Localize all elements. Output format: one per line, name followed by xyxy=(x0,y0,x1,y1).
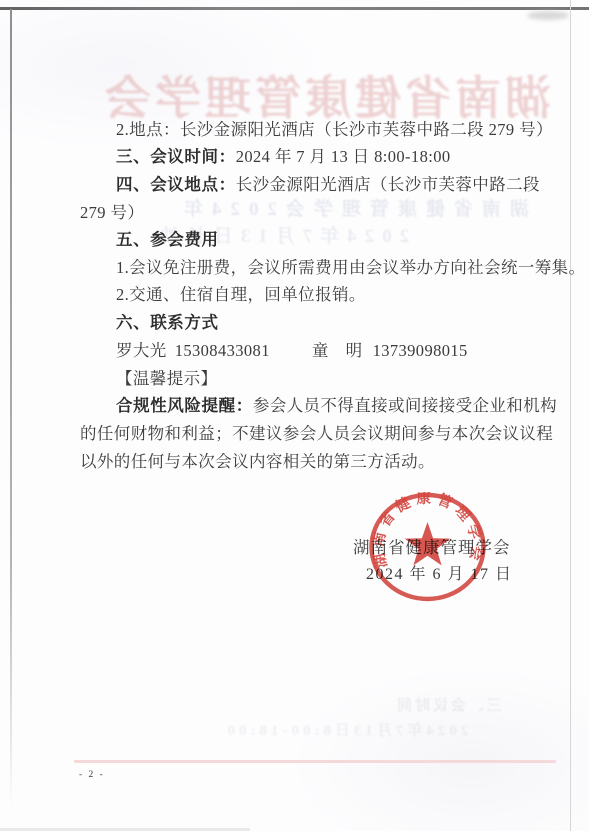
text-line-compliance-2: 的任何财物和利益；不建议参会人员会议期间参与本次会议议程 xyxy=(80,420,570,442)
line-text-part: 2024 年 7 月 13 日 8:00-18:00 xyxy=(236,147,451,166)
text-line-fee-item-1: 1.会议免注册费，会议所需费用由会议举办方向社会统一筹集。 xyxy=(116,254,570,276)
scan-edge-left xyxy=(10,9,12,809)
line-text-part: 长沙金源阳光酒店（长沙市芙蓉中路二段 xyxy=(236,175,540,194)
line-text-part: 【温馨提示】 xyxy=(116,369,217,388)
line-text-part: 以外的任何与本次会议内容相关的第三方活动。 xyxy=(80,452,435,471)
page-number: - 2 - xyxy=(79,770,105,780)
line-text-part: 2.地点：长沙金源阳光酒店（长沙市芙蓉中路二段 279 号） xyxy=(116,120,553,139)
text-line-venue-item: 2.地点：长沙金源阳光酒店（长沙市芙蓉中路二段 279 号） xyxy=(116,116,570,138)
footer-divider-line xyxy=(74,760,556,763)
line-bold-part: 合规性风险提醒： xyxy=(116,397,253,415)
text-line-meeting-time: 三、会议时间：2024 年 7 月 13 日 8:00-18:00 xyxy=(116,143,570,165)
text-line-tips-heading: 【温馨提示】 xyxy=(116,365,570,387)
bleedthrough-bottom-line-1: 三、会议时间 xyxy=(378,694,518,715)
line-bold-part: 四、会议地点： xyxy=(116,176,236,194)
seal-star-icon xyxy=(405,522,451,565)
scan-edge-top xyxy=(0,7,589,10)
contact-name-1: 罗大光 xyxy=(116,337,167,361)
line-text-part: 279 号） xyxy=(80,203,144,222)
line-text-part: 的任何财物和利益；不建议参会人员会议期间参与本次会议议程 xyxy=(80,424,553,443)
text-line-compliance-3: 以外的任何与本次会议内容相关的第三方活动。 xyxy=(80,448,570,470)
line-bold-part: 三、会议时间： xyxy=(116,148,236,166)
bleedthrough-bottom-line-2: 2024年7月13日8:00-18:00 xyxy=(162,719,530,740)
contact-name-2: 童 明 xyxy=(312,337,363,361)
line-text-part: 2.交通、住宿自理，回单位报销。 xyxy=(116,285,366,304)
text-line-meeting-place: 四、会议地点：长沙金源阳光酒店（长沙市芙蓉中路二段 xyxy=(116,171,570,193)
contact-phone-1: 15308433081 xyxy=(175,341,270,361)
scanned-document-page: 湖南省健康管理学会 湖南省健康管理学会2024年 2024年7月13日长沙 三、… xyxy=(0,0,589,831)
line-text-part: 1.会议免注册费，会议所需费用由会议举办方向社会统一筹集。 xyxy=(116,258,585,277)
line-bold-part: 五、参会费用 xyxy=(116,231,219,249)
text-line-address-wrap: 279 号） xyxy=(80,199,570,221)
scan-smudge xyxy=(527,11,569,20)
text-line-contact-info: 罗大光15308433081童 明13739098015 xyxy=(116,337,570,359)
text-line-compliance-1: 合规性风险提醒：参会人员不得直接或间接接受企业和机构 xyxy=(116,392,570,414)
line-bold-part: 六、联系方式 xyxy=(116,314,219,332)
scan-edge-right xyxy=(570,0,571,831)
text-line-fee-item-2: 2.交通、住宿自理，回单位报销。 xyxy=(116,281,570,303)
text-line-contact-heading: 六、联系方式 xyxy=(116,309,570,331)
text-line-fees-heading: 五、参会费用 xyxy=(116,226,570,248)
contact-phone-2: 13739098015 xyxy=(373,341,468,361)
official-seal: 湖南省健康管理学会 xyxy=(367,492,488,602)
line-text-part: 参会人员不得直接或间接接受企业和机构 xyxy=(253,396,557,415)
